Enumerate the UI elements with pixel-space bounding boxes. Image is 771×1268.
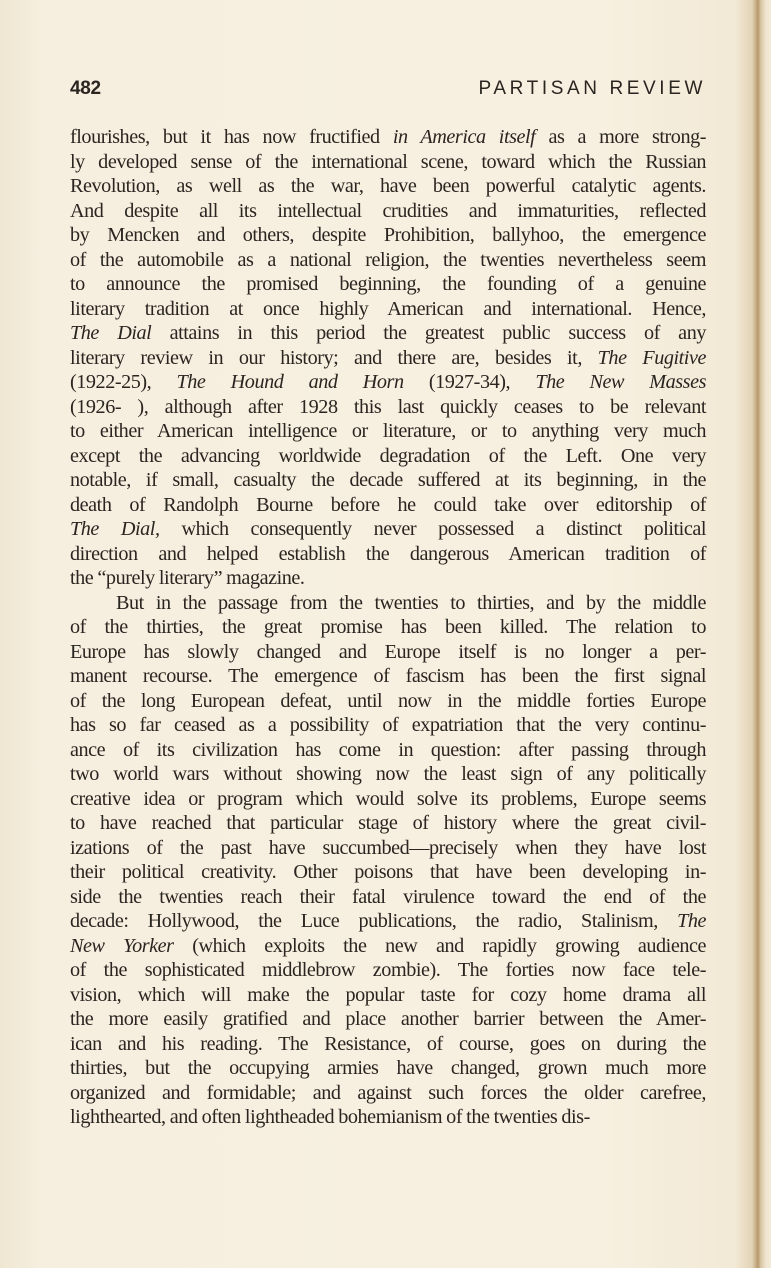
text-run: direction and helped establish the dange… — [70, 543, 706, 565]
text-line: except the advancing worldwide degradati… — [70, 444, 706, 469]
text-run: (1927-34), — [404, 371, 536, 393]
paragraph: But in the passage from the twenties to … — [70, 591, 706, 1130]
text-line: creative idea or program which would sol… — [70, 787, 706, 812]
italic-title: New Yorker — [70, 935, 174, 957]
text-run: to announce the promised beginning, the … — [70, 273, 706, 295]
text-run: literary tradition at once highly Americ… — [70, 298, 706, 320]
text-line: The Dial attains in this period the grea… — [70, 321, 706, 346]
text-line: to either American intelligence or liter… — [70, 419, 706, 444]
text-run: decade: Hollywood, the Luce publications… — [70, 910, 677, 932]
italic-title: in America itself — [393, 126, 536, 148]
text-run: as a more strong- — [535, 126, 706, 148]
text-line: The Dial, which consequently never posse… — [70, 517, 706, 542]
running-head: PARTISAN REVIEW — [479, 78, 707, 100]
text-run: the “purely literary” magazine. — [70, 567, 305, 589]
text-run: literary review in our history; and ther… — [70, 347, 598, 369]
text-line: decade: Hollywood, the Luce publications… — [70, 909, 706, 934]
page-header: 482 PARTISAN REVIEW — [70, 78, 706, 106]
italic-title: The New Masses — [535, 371, 706, 393]
text-run: their political creativity. Other poison… — [70, 861, 706, 883]
text-line: of the automobile as a national religion… — [70, 248, 706, 273]
body-text: flourishes, but it has now fructified in… — [70, 125, 706, 1130]
text-line: thirties, but the occupying armies have … — [70, 1056, 706, 1081]
paragraph: flourishes, but it has now fructified in… — [70, 125, 706, 591]
text-run: ican and his reading. The Resistance, of… — [70, 1033, 706, 1055]
text-run: thirties, but the occupying armies have … — [70, 1057, 706, 1079]
text-run: (1926- ), although after 1928 this last … — [70, 396, 706, 418]
text-line: (1926- ), although after 1928 this last … — [70, 395, 706, 420]
text-run: the more easily gratified and place anot… — [70, 1008, 706, 1030]
text-run: (1922-25), — [70, 371, 177, 393]
text-line: two world wars without showing now the l… — [70, 762, 706, 787]
text-line: their political creativity. Other poison… — [70, 860, 706, 885]
text-run: has so far ceased as a possibility of ex… — [70, 714, 706, 736]
text-run: izations of the past have succumbed—prec… — [70, 837, 706, 859]
text-line: to have reached that particular stage of… — [70, 811, 706, 836]
text-line: by Mencken and others, despite Prohibiti… — [70, 223, 706, 248]
text-line: direction and helped establish the dange… — [70, 542, 706, 567]
text-run: to either American intelligence or liter… — [70, 420, 706, 442]
text-run: manent recourse. The emergence of fascis… — [70, 665, 706, 687]
italic-title: The Dial — [70, 322, 151, 344]
italic-title: The — [677, 910, 706, 932]
text-run: two world wars without showing now the l… — [70, 763, 706, 785]
text-line: ance of its civilization has come in que… — [70, 738, 706, 763]
text-line: lighthearted, and often lightheaded bohe… — [70, 1105, 706, 1130]
text-run: organized and formidable; and against su… — [70, 1082, 706, 1104]
text-run: Europe has slowly changed and Europe its… — [70, 641, 706, 663]
text-line: of the thirties, the great promise has b… — [70, 615, 706, 640]
text-line: side the twenties reach their fatal viru… — [70, 885, 706, 910]
text-line: flourishes, but it has now fructified in… — [70, 125, 706, 150]
text-line: the more easily gratified and place anot… — [70, 1007, 706, 1032]
text-run: flourishes, but it has now fructified — [70, 126, 393, 148]
text-run: side the twenties reach their fatal viru… — [70, 886, 706, 908]
text-run: Revolution, as well as the war, have bee… — [70, 175, 706, 197]
text-line: literary tradition at once highly Americ… — [70, 297, 706, 322]
text-line: ly developed sense of the international … — [70, 150, 706, 175]
text-run: creative idea or program which would sol… — [70, 788, 706, 810]
text-run: except the advancing worldwide degradati… — [70, 445, 706, 467]
text-run: of the thirties, the great promise has b… — [70, 616, 706, 638]
text-line: organized and formidable; and against su… — [70, 1081, 706, 1106]
text-run: to have reached that particular stage of… — [70, 812, 706, 834]
text-run: which consequently never possessed a dis… — [160, 518, 706, 540]
text-line: to announce the promised beginning, the … — [70, 272, 706, 297]
text-run: of the long European defeat, until now i… — [70, 690, 706, 712]
text-line: And despite all its intellectual cruditi… — [70, 199, 706, 224]
italic-title: The Fugitive — [598, 347, 706, 369]
italic-title: The Hound and Horn — [177, 371, 404, 393]
text-line: vision, which will make the popular tast… — [70, 983, 706, 1008]
text-line: the “purely literary” magazine. — [70, 566, 706, 591]
text-run: But in the passage from the twenties to … — [116, 592, 706, 614]
book-page: 482 PARTISAN REVIEW flourishes, but it h… — [0, 0, 771, 1268]
italic-title: The Dial, — [70, 518, 160, 540]
text-line: literary review in our history; and ther… — [70, 346, 706, 371]
text-line: notable, if small, casualty the decade s… — [70, 468, 706, 493]
text-run: attains in this period the greatest publ… — [151, 322, 706, 344]
text-run: ly developed sense of the international … — [70, 151, 706, 173]
text-line: Europe has slowly changed and Europe its… — [70, 640, 706, 665]
text-run: ance of its civilization has come in que… — [70, 739, 706, 761]
text-line: izations of the past have succumbed—prec… — [70, 836, 706, 861]
text-run: by Mencken and others, despite Prohibiti… — [70, 224, 706, 246]
text-run: vision, which will make the popular tast… — [70, 984, 706, 1006]
text-run: (which exploits the new and rapidly grow… — [174, 935, 706, 957]
text-line: New Yorker (which exploits the new and r… — [70, 934, 706, 959]
text-run: And despite all its intellectual cruditi… — [70, 200, 706, 222]
page-number: 482 — [70, 78, 101, 100]
text-run: lighthearted, and often lightheaded bohe… — [70, 1106, 590, 1128]
text-run: death of Randolph Bourne before he could… — [70, 494, 706, 516]
text-run: notable, if small, casualty the decade s… — [70, 469, 706, 491]
text-line: Revolution, as well as the war, have bee… — [70, 174, 706, 199]
text-line: death of Randolph Bourne before he could… — [70, 493, 706, 518]
text-run: of the automobile as a national religion… — [70, 249, 706, 271]
text-line: has so far ceased as a possibility of ex… — [70, 713, 706, 738]
text-line: ican and his reading. The Resistance, of… — [70, 1032, 706, 1057]
text-line: But in the passage from the twenties to … — [70, 591, 706, 616]
text-line: of the long European defeat, until now i… — [70, 689, 706, 714]
text-line: manent recourse. The emergence of fascis… — [70, 664, 706, 689]
text-line: (1922-25), The Hound and Horn (1927-34),… — [70, 370, 706, 395]
text-line: of the sophisticated middlebrow zombie).… — [70, 958, 706, 983]
text-run: of the sophisticated middlebrow zombie).… — [70, 959, 706, 981]
